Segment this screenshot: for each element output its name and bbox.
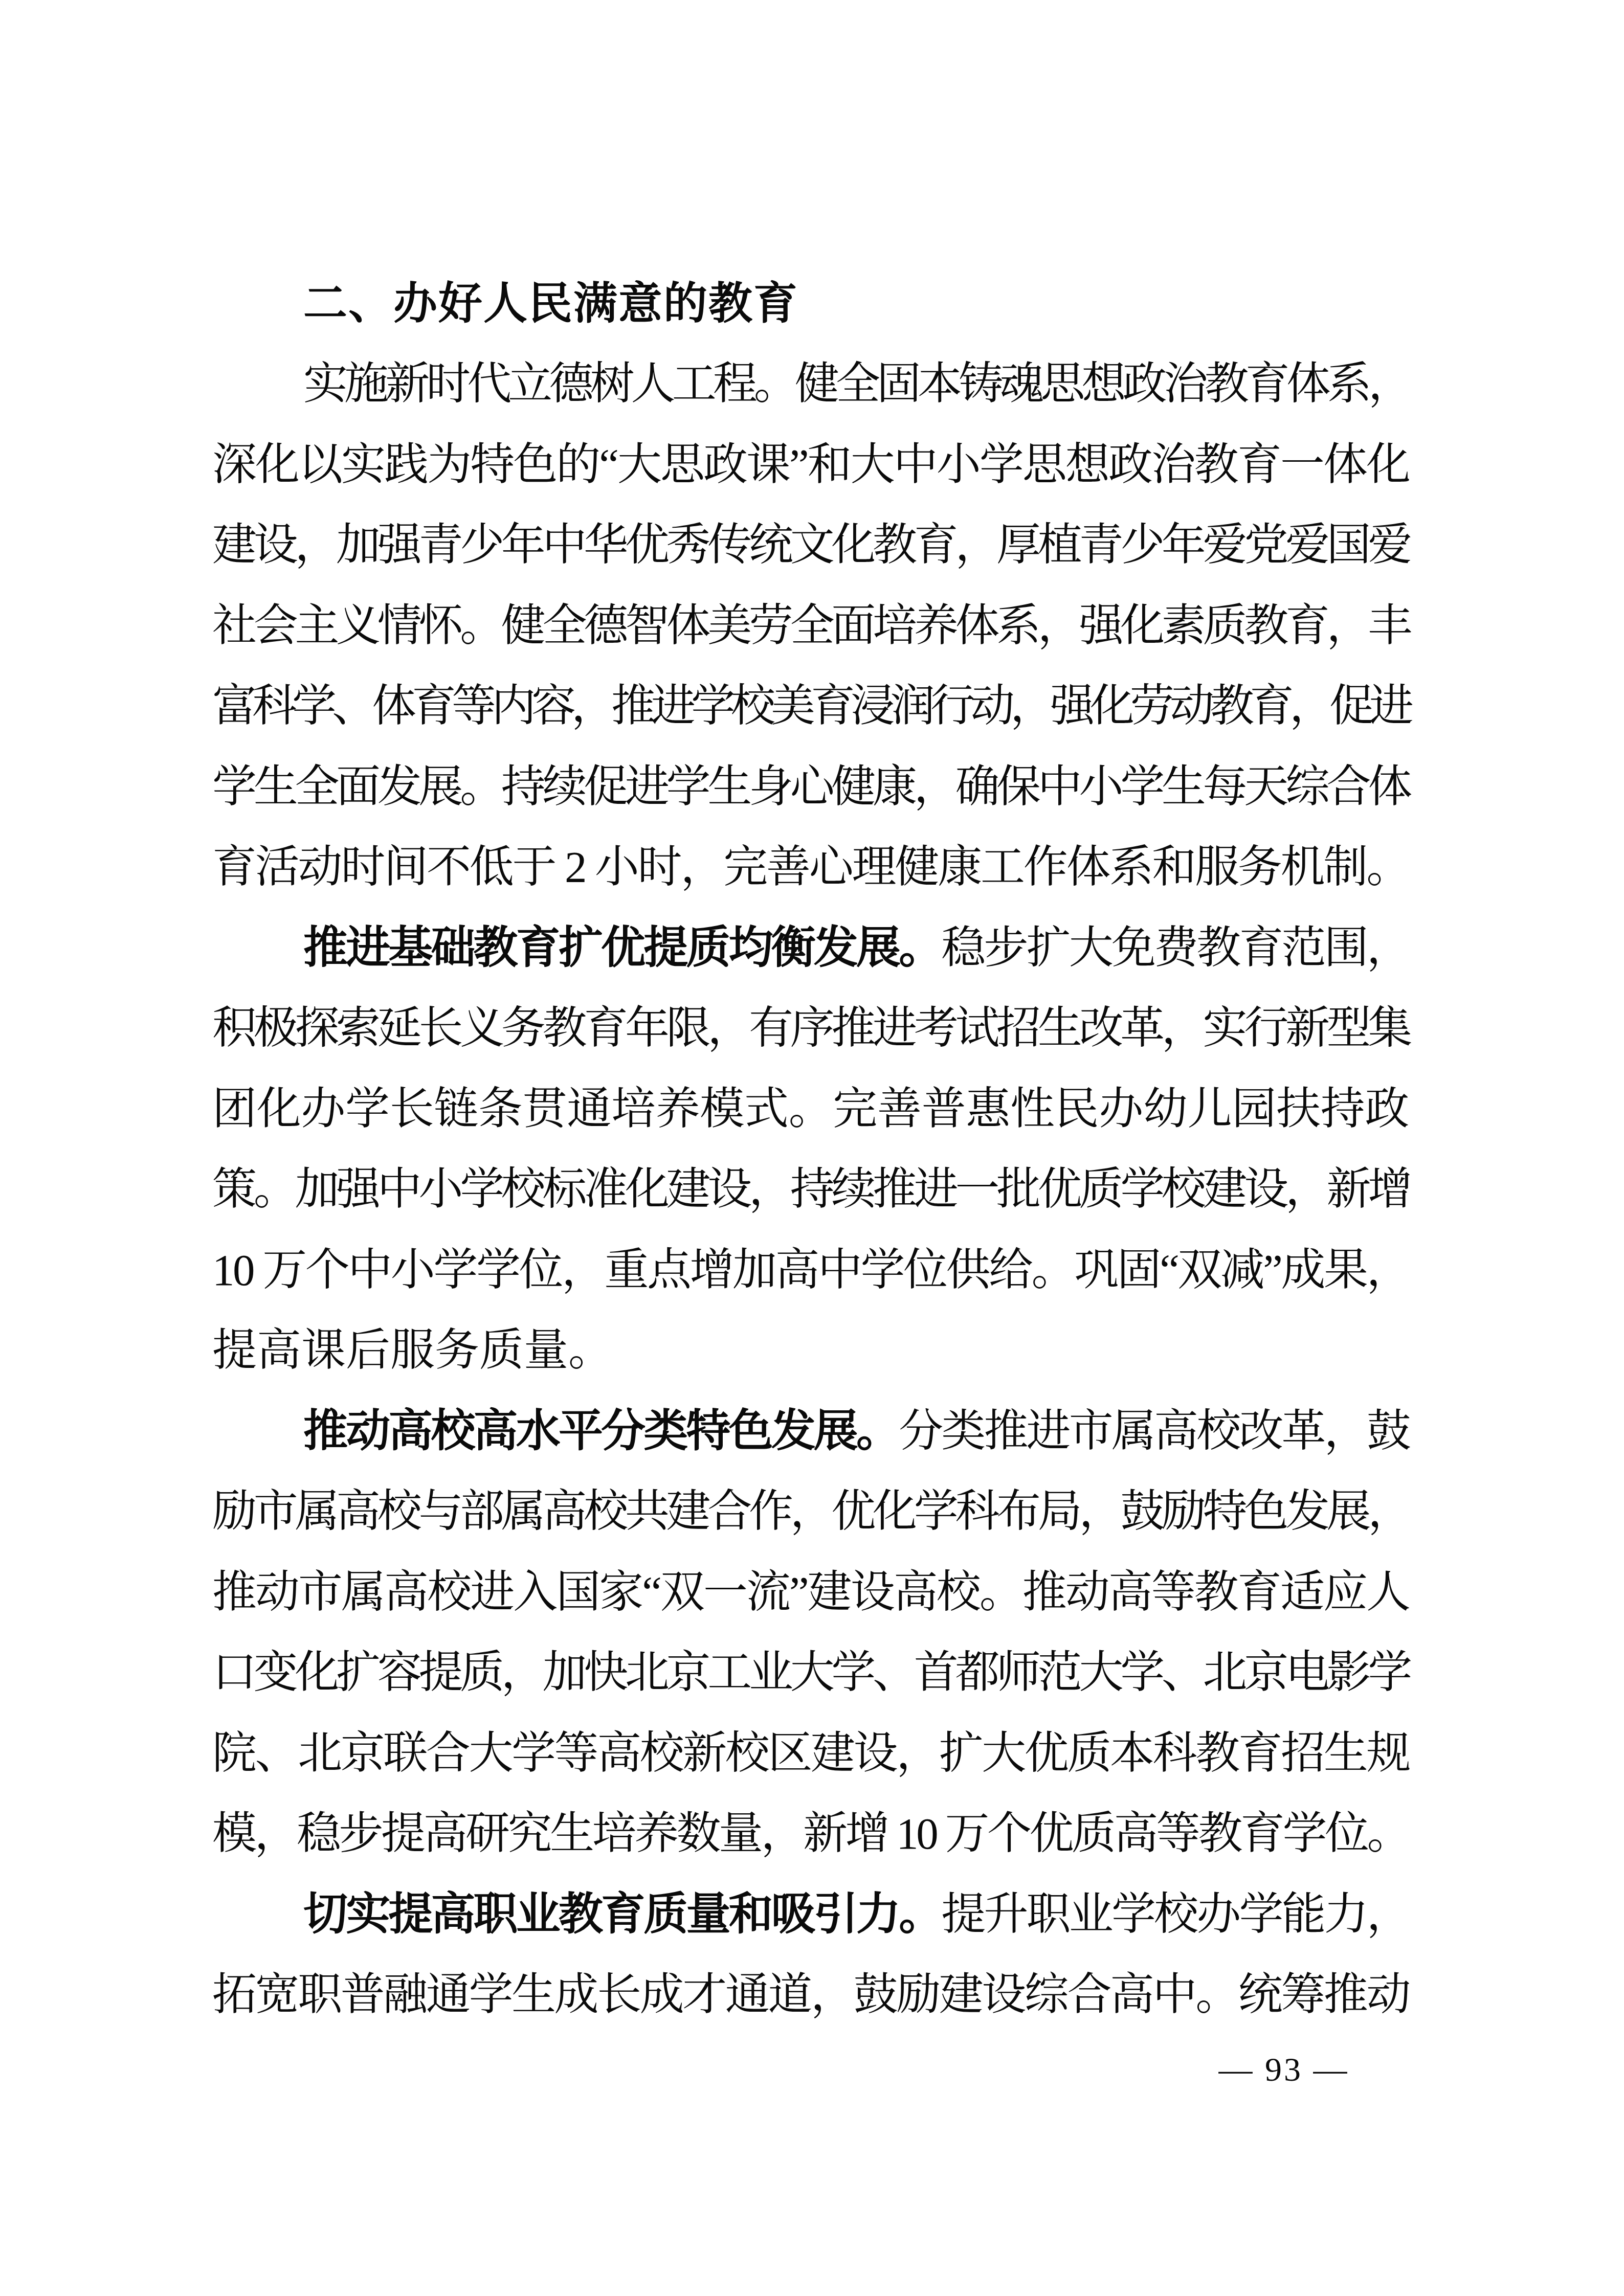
- line-text: 拓宽职普融通学生成长成才通道，鼓励建设综合高中。统筹推动: [212, 1970, 1409, 2019]
- text-line: 提高课后服务质量。: [212, 1310, 1409, 1391]
- paragraph-lead: 切实提高职业教育质量和吸引力。: [303, 1889, 941, 1939]
- section-heading: 二、办好人民满意的教育: [212, 275, 1409, 332]
- text-line: 深化以实践为特色的“大思政课”和大中小学思想政治教育一体化: [212, 424, 1409, 505]
- text-line: 院、北京联合大学等高校新校区建设，扩大优质本科教育招生规: [212, 1713, 1409, 1794]
- paragraph: 推动高校高水平分类特色发展。分类推进市属高校改革，鼓励市属高校与部属高校共建合作…: [212, 1391, 1409, 1874]
- line-text: 模，稳步提高研究生培养数量，新增 10 万个优质高等教育学位。: [212, 1809, 1409, 1858]
- line-text: 实施新时代立德树人工程。健全固本铸魂思想政治教育体系，: [303, 359, 1409, 409]
- line-text: 社会主义情怀。健全德智体美劳全面培养体系，强化素质教育，丰: [212, 601, 1409, 650]
- line-text: 分类推进市属高校改革，鼓: [899, 1406, 1409, 1456]
- text-line: 育活动时间不低于 2 小时，完善心理健康工作体系和服务机制。: [212, 827, 1409, 908]
- line-text: 团化办学长链条贯通培养模式。完善普惠性民办幼儿园扶持政: [212, 1084, 1409, 1134]
- text-line: 富科学、体育等内容，推进学校美育浸润行动，强化劳动教育，促进: [212, 666, 1409, 747]
- paragraph-lead: 推进基础教育扩优提质均衡发展。: [303, 923, 941, 973]
- line-text: 积极探索延长义务教育年限，有序推进考试招生改革，实行新型集: [212, 1003, 1409, 1053]
- line-text: 学生全面发展。持续促进学生身心健康，确保中小学生每天综合体: [212, 762, 1409, 812]
- line-text: 深化以实践为特色的“大思政课”和大中小学思想政治教育一体化: [212, 440, 1409, 489]
- document-page: 二、办好人民满意的教育 实施新时代立德树人工程。健全固本铸魂思想政治教育体系，深…: [0, 0, 1624, 2296]
- line-text: 10 万个中小学学位，重点增加高中学位供给。巩固“双减”成果，: [212, 1245, 1409, 1295]
- line-text: 稳步扩大免费教育范围，: [941, 923, 1409, 973]
- paragraph: 实施新时代立德树人工程。健全固本铸魂思想政治教育体系，深化以实践为特色的“大思政…: [212, 344, 1409, 908]
- line-text: 建设，加强青少年中华优秀传统文化教育，厚植青少年爱党爱国爱: [212, 520, 1409, 570]
- text-line: 积极探索延长义务教育年限，有序推进考试招生改革，实行新型集: [212, 988, 1409, 1069]
- text-line: 拓宽职普融通学生成长成才通道，鼓励建设综合高中。统筹推动: [212, 1954, 1409, 2035]
- text-line: 10 万个中小学学位，重点增加高中学位供给。巩固“双减”成果，: [212, 1230, 1409, 1311]
- line-text: 推动市属高校进入国家“双一流”建设高校。推动高等教育适应人: [212, 1567, 1409, 1617]
- line-text: 口变化扩容提质，加快北京工业大学、首都师范大学、北京电影学: [212, 1648, 1409, 1697]
- text-line: 推进基础教育扩优提质均衡发展。稳步扩大免费教育范围，: [212, 908, 1409, 988]
- text-line: 学生全面发展。持续促进学生身心健康，确保中小学生每天综合体: [212, 747, 1409, 827]
- text-line: 策。加强中小学校标准化建设，持续推进一批优质学校建设，新增: [212, 1149, 1409, 1230]
- line-text: 励市属高校与部属高校共建合作，优化学科布局，鼓励特色发展，: [212, 1487, 1409, 1536]
- line-text: 提高课后服务质量。: [212, 1325, 613, 1375]
- line-text: 提升职业学校办学能力，: [941, 1889, 1409, 1939]
- document-body: 实施新时代立德树人工程。健全固本铸魂思想政治教育体系，深化以实践为特色的“大思政…: [212, 344, 1409, 2035]
- line-text: 策。加强中小学校标准化建设，持续推进一批优质学校建设，新增: [212, 1164, 1409, 1214]
- text-line: 模，稳步提高研究生培养数量，新增 10 万个优质高等教育学位。: [212, 1793, 1409, 1874]
- text-line: 建设，加强青少年中华优秀传统文化教育，厚植青少年爱党爱国爱: [212, 505, 1409, 586]
- line-text: 富科学、体育等内容，推进学校美育浸润行动，强化劳动教育，促进: [212, 681, 1409, 731]
- text-line: 实施新时代立德树人工程。健全固本铸魂思想政治教育体系，: [212, 344, 1409, 424]
- text-line: 切实提高职业教育质量和吸引力。提升职业学校办学能力，: [212, 1874, 1409, 1955]
- text-line: 励市属高校与部属高校共建合作，优化学科布局，鼓励特色发展，: [212, 1471, 1409, 1552]
- text-line: 推动市属高校进入国家“双一流”建设高校。推动高等教育适应人: [212, 1552, 1409, 1633]
- text-line: 推动高校高水平分类特色发展。分类推进市属高校改革，鼓: [212, 1391, 1409, 1472]
- page-number: — 93 —: [1187, 2046, 1381, 2094]
- paragraph-lead: 推动高校高水平分类特色发展。: [303, 1406, 899, 1456]
- text-line: 社会主义情怀。健全德智体美劳全面培养体系，强化素质教育，丰: [212, 586, 1409, 666]
- line-text: 育活动时间不低于 2 小时，完善心理健康工作体系和服务机制。: [212, 842, 1409, 892]
- text-line: 团化办学长链条贯通培养模式。完善普惠性民办幼儿园扶持政: [212, 1069, 1409, 1150]
- line-text: 院、北京联合大学等高校新校区建设，扩大优质本科教育招生规: [212, 1728, 1409, 1778]
- paragraph: 推进基础教育扩优提质均衡发展。稳步扩大免费教育范围，积极探索延长义务教育年限，有…: [212, 908, 1409, 1391]
- paragraph: 切实提高职业教育质量和吸引力。提升职业学校办学能力，拓宽职普融通学生成长成才通道…: [212, 1874, 1409, 2035]
- text-line: 口变化扩容提质，加快北京工业大学、首都师范大学、北京电影学: [212, 1632, 1409, 1713]
